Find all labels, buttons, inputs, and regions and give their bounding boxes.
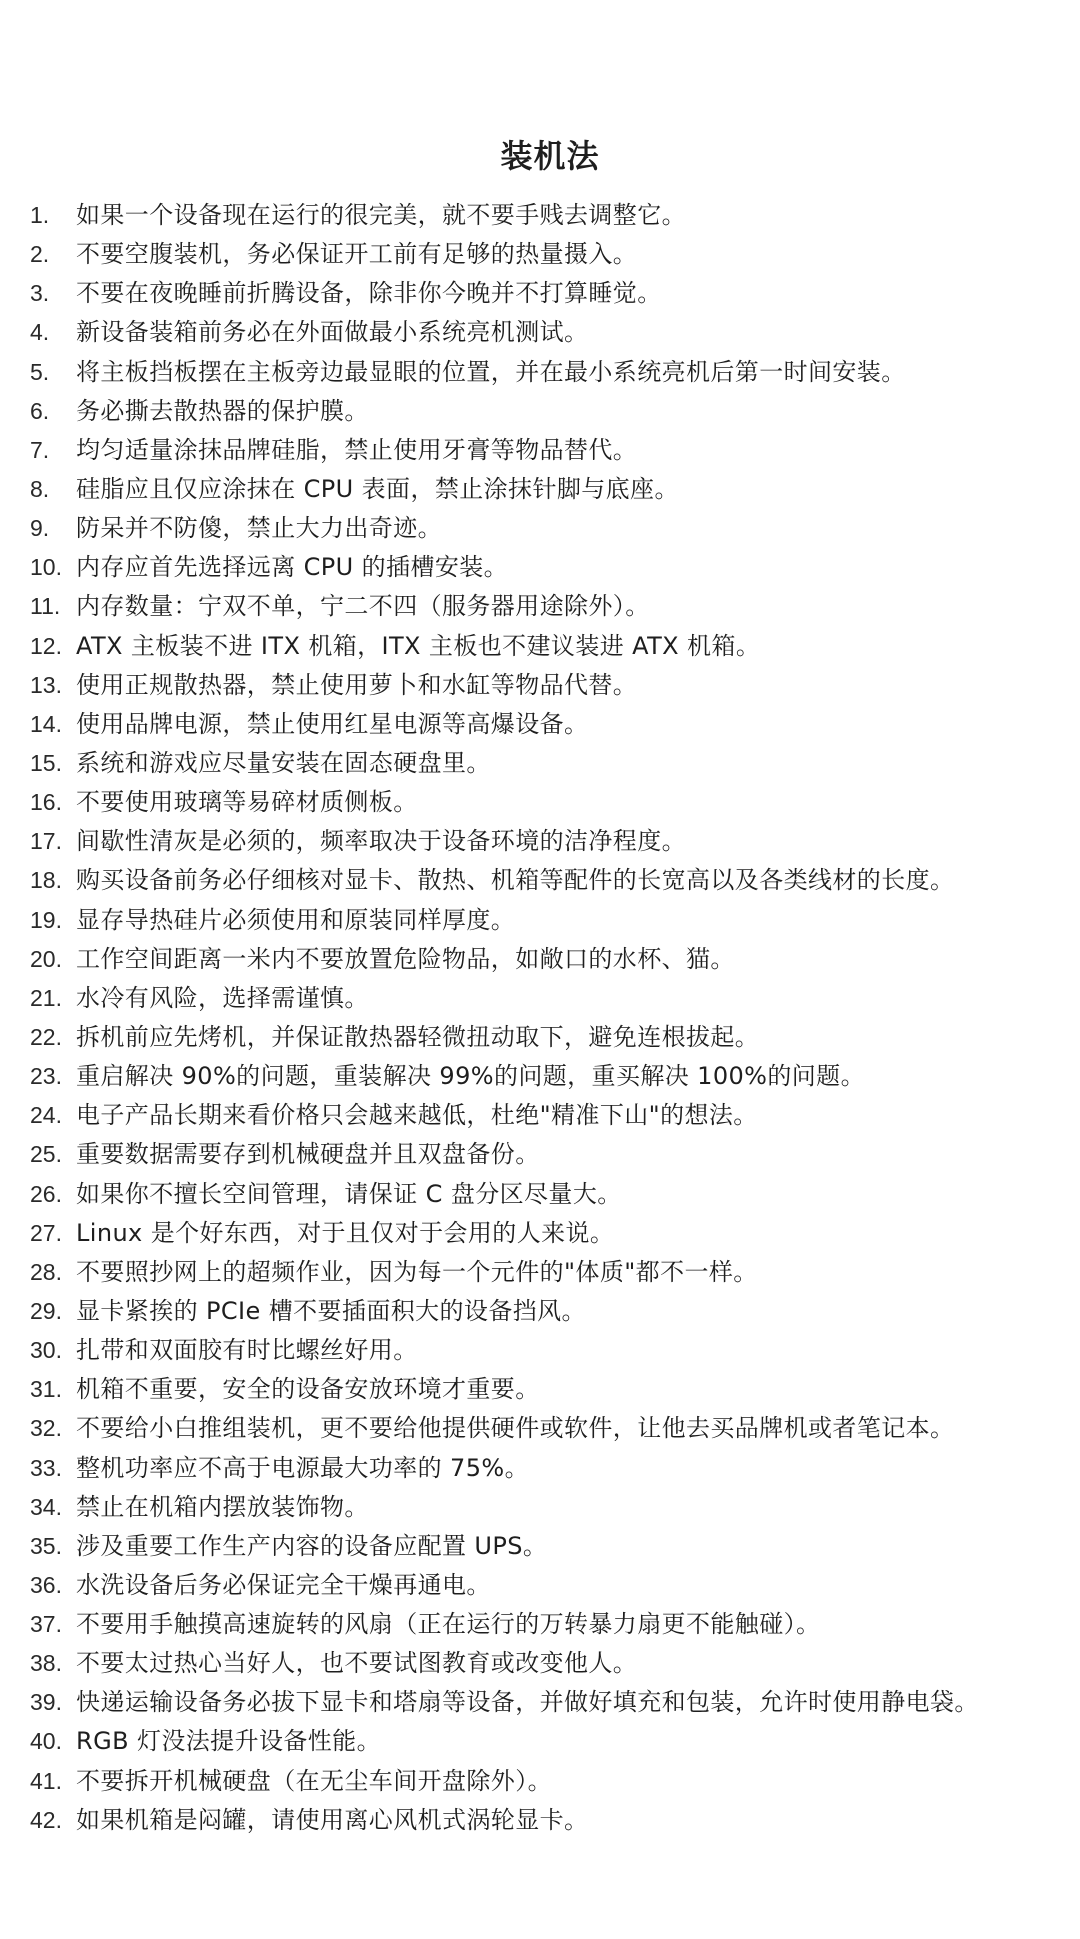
rule-text: 防呆并不防傻，禁止大力出奇迹。: [76, 509, 442, 548]
rules-list: 1.如果一个设备现在运行的很完美，就不要手贱去调整它。 2.不要空腹装机，务必保…: [0, 196, 1080, 1840]
rule-number: 38.: [30, 1644, 62, 1683]
rule-item: 22.拆机前应先烤机，并保证散热器轻微扭动取下，避免连根拔起。: [0, 1018, 1080, 1057]
rule-number: 42.: [30, 1801, 62, 1840]
rule-text: 内存应首先选择远离 CPU 的插槽安装。: [76, 548, 508, 587]
rule-item: 27.Linux 是个好东西，对于且仅对于会用的人来说。: [0, 1214, 1080, 1253]
rule-item: 31.机箱不重要，安全的设备安放环境才重要。: [0, 1370, 1080, 1409]
rule-item: 25.重要数据需要存到机械硬盘并且双盘备份。: [0, 1135, 1080, 1174]
rule-text: 不要拆开机械硬盘（在无尘车间开盘除外）。: [76, 1762, 552, 1801]
document-title: 装机法: [0, 136, 1080, 176]
rule-text: 不要太过热心当好人，也不要试图教育或改变他人。: [76, 1644, 637, 1683]
rule-text: 新设备装箱前务必在外面做最小系统亮机测试。: [76, 313, 588, 352]
rule-number: 32.: [30, 1409, 62, 1448]
rule-text: 如果一个设备现在运行的很完美，就不要手贱去调整它。: [76, 196, 686, 235]
rule-item: 16.不要使用玻璃等易碎材质侧板。: [0, 783, 1080, 822]
rule-number: 25.: [30, 1135, 62, 1174]
rule-item: 3.不要在夜晚睡前折腾设备，除非你今晚并不打算睡觉。: [0, 274, 1080, 313]
rule-text: 禁止在机箱内摆放装饰物。: [76, 1488, 369, 1527]
rule-number: 18.: [30, 861, 62, 900]
rule-number: 36.: [30, 1566, 62, 1605]
rule-number: 35.: [30, 1527, 62, 1566]
rule-item: 14.使用品牌电源，禁止使用红星电源等高爆设备。: [0, 705, 1080, 744]
rule-number: 27.: [30, 1214, 62, 1253]
rule-number: 8.: [30, 470, 49, 509]
rule-item: 15.系统和游戏应尽量安装在固态硬盘里。: [0, 744, 1080, 783]
rule-number: 39.: [30, 1683, 62, 1722]
rule-text: 如果你不擅长空间管理，请保证 C 盘分区尽量大。: [76, 1175, 622, 1214]
rule-text: 不要使用玻璃等易碎材质侧板。: [76, 783, 418, 822]
rule-number: 4.: [30, 313, 49, 352]
rule-text: 重要数据需要存到机械硬盘并且双盘备份。: [76, 1135, 540, 1174]
rule-text: 工作空间距离一米内不要放置危险物品，如敞口的水杯、猫。: [76, 940, 735, 979]
rule-text: 显卡紧挨的 PCIe 槽不要插面积大的设备挡风。: [76, 1292, 586, 1331]
rule-item: 11.内存数量：宁双不单，宁二不四（服务器用途除外）。: [0, 587, 1080, 626]
rule-item: 13.使用正规散热器，禁止使用萝卜和水缸等物品代替。: [0, 666, 1080, 705]
rule-text: 不要用手触摸高速旋转的风扇（正在运行的万转暴力扇更不能触碰）。: [76, 1605, 820, 1644]
rule-item: 23.重启解决 90%的问题，重装解决 99%的问题，重买解决 100%的问题。: [0, 1057, 1080, 1096]
rule-number: 21.: [30, 979, 62, 1018]
rule-text: 务必撕去散热器的保护膜。: [76, 392, 369, 431]
rule-text: Linux 是个好东西，对于且仅对于会用的人来说。: [76, 1214, 614, 1253]
rule-number: 9.: [30, 509, 49, 548]
rule-item: 35.涉及重要工作生产内容的设备应配置 UPS。: [0, 1527, 1080, 1566]
rule-text: 水洗设备后务必保证完全干燥再通电。: [76, 1566, 491, 1605]
rule-text: 使用正规散热器，禁止使用萝卜和水缸等物品代替。: [76, 666, 637, 705]
rule-text: 整机功率应不高于电源最大功率的 75%。: [76, 1449, 529, 1488]
rule-text: 使用品牌电源，禁止使用红星电源等高爆设备。: [76, 705, 588, 744]
rule-number: 26.: [30, 1175, 62, 1214]
rule-item: 6.务必撕去散热器的保护膜。: [0, 392, 1080, 431]
rule-item: 8.硅脂应且仅应涂抹在 CPU 表面，禁止涂抹针脚与底座。: [0, 470, 1080, 509]
rule-text: ATX 主板装不进 ITX 机箱，ITX 主板也不建议装进 ATX 机箱。: [76, 627, 760, 666]
rule-item: 30.扎带和双面胶有时比螺丝好用。: [0, 1331, 1080, 1370]
rule-number: 1.: [30, 196, 49, 235]
rule-number: 6.: [30, 392, 49, 431]
rule-number: 31.: [30, 1370, 62, 1409]
rule-item: 41.不要拆开机械硬盘（在无尘车间开盘除外）。: [0, 1762, 1080, 1801]
rule-number: 11.: [30, 587, 60, 626]
rule-number: 33.: [30, 1449, 62, 1488]
rule-text: 涉及重要工作生产内容的设备应配置 UPS。: [76, 1527, 547, 1566]
rule-text: 快递运输设备务必拔下显卡和塔扇等设备，并做好填充和包装，允许时使用静电袋。: [76, 1683, 979, 1722]
rule-item: 34.禁止在机箱内摆放装饰物。: [0, 1488, 1080, 1527]
rule-text: 水冷有风险，选择需谨慎。: [76, 979, 369, 1018]
rule-number: 16.: [30, 783, 62, 822]
rule-number: 23.: [30, 1057, 62, 1096]
rule-number: 19.: [30, 901, 62, 940]
rule-number: 13.: [30, 666, 62, 705]
rule-number: 40.: [30, 1722, 62, 1761]
rule-text: 购买设备前务必仔细核对显卡、散热、机箱等配件的长宽高以及各类线材的长度。: [76, 861, 954, 900]
rule-text: 不要空腹装机，务必保证开工前有足够的热量摄入。: [76, 235, 637, 274]
rule-text: 均匀适量涂抹品牌硅脂，禁止使用牙膏等物品替代。: [76, 431, 637, 470]
rule-number: 22.: [30, 1018, 62, 1057]
rule-item: 17.间歇性清灰是必须的，频率取决于设备环境的洁净程度。: [0, 822, 1080, 861]
rule-item: 10.内存应首先选择远离 CPU 的插槽安装。: [0, 548, 1080, 587]
rule-text: 如果机箱是闷罐，请使用离心风机式涡轮显卡。: [76, 1801, 588, 1840]
rule-text: 机箱不重要，安全的设备安放环境才重要。: [76, 1370, 540, 1409]
rule-item: 29.显卡紧挨的 PCIe 槽不要插面积大的设备挡风。: [0, 1292, 1080, 1331]
rule-item: 18.购买设备前务必仔细核对显卡、散热、机箱等配件的长宽高以及各类线材的长度。: [0, 861, 1080, 900]
rule-number: 15.: [30, 744, 62, 783]
rule-text: 不要在夜晚睡前折腾设备，除非你今晚并不打算睡觉。: [76, 274, 662, 313]
rule-number: 3.: [30, 274, 49, 313]
rule-item: 37.不要用手触摸高速旋转的风扇（正在运行的万转暴力扇更不能触碰）。: [0, 1605, 1080, 1644]
rule-item: 38.不要太过热心当好人，也不要试图教育或改变他人。: [0, 1644, 1080, 1683]
rule-number: 17.: [30, 822, 62, 861]
rule-number: 12.: [30, 627, 62, 666]
rule-item: 36.水洗设备后务必保证完全干燥再通电。: [0, 1566, 1080, 1605]
rule-item: 24.电子产品长期来看价格只会越来越低，杜绝"精准下山"的想法。: [0, 1096, 1080, 1135]
rule-number: 20.: [30, 940, 62, 979]
rule-text: 扎带和双面胶有时比螺丝好用。: [76, 1331, 418, 1370]
rule-item: 28.不要照抄网上的超频作业，因为每一个元件的"体质"都不一样。: [0, 1253, 1080, 1292]
rule-text: 内存数量：宁双不单，宁二不四（服务器用途除外）。: [76, 587, 650, 626]
rule-item: 19.显存导热硅片必须使用和原装同样厚度。: [0, 901, 1080, 940]
rule-number: 7.: [30, 431, 49, 470]
rule-text: 间歇性清灰是必须的，频率取决于设备环境的洁净程度。: [76, 822, 686, 861]
rule-item: 42.如果机箱是闷罐，请使用离心风机式涡轮显卡。: [0, 1801, 1080, 1840]
rule-item: 2.不要空腹装机，务必保证开工前有足够的热量摄入。: [0, 235, 1080, 274]
rule-text: 不要照抄网上的超频作业，因为每一个元件的"体质"都不一样。: [76, 1253, 758, 1292]
rule-item: 20.工作空间距离一米内不要放置危险物品，如敞口的水杯、猫。: [0, 940, 1080, 979]
rule-item: 21.水冷有风险，选择需谨慎。: [0, 979, 1080, 1018]
rule-number: 29.: [30, 1292, 62, 1331]
rule-text: 将主板挡板摆在主板旁边最显眼的位置，并在最小系统亮机后第一时间安装。: [76, 353, 906, 392]
rule-number: 2.: [30, 235, 49, 274]
rule-text: 显存导热硅片必须使用和原装同样厚度。: [76, 901, 515, 940]
rule-number: 34.: [30, 1488, 62, 1527]
rule-item: 4.新设备装箱前务必在外面做最小系统亮机测试。: [0, 313, 1080, 352]
rule-item: 1.如果一个设备现在运行的很完美，就不要手贱去调整它。: [0, 196, 1080, 235]
rule-item: 5.将主板挡板摆在主板旁边最显眼的位置，并在最小系统亮机后第一时间安装。: [0, 353, 1080, 392]
rule-text: 电子产品长期来看价格只会越来越低，杜绝"精准下山"的想法。: [76, 1096, 758, 1135]
rule-number: 30.: [30, 1331, 62, 1370]
rule-number: 24.: [30, 1096, 62, 1135]
rule-text: 硅脂应且仅应涂抹在 CPU 表面，禁止涂抹针脚与底座。: [76, 470, 679, 509]
rule-item: 40.RGB 灯没法提升设备性能。: [0, 1722, 1080, 1761]
rule-item: 9.防呆并不防傻，禁止大力出奇迹。: [0, 509, 1080, 548]
rule-number: 5.: [30, 353, 49, 392]
rule-item: 7.均匀适量涂抹品牌硅脂，禁止使用牙膏等物品替代。: [0, 431, 1080, 470]
rule-text: 系统和游戏应尽量安装在固态硬盘里。: [76, 744, 491, 783]
rule-text: 重启解决 90%的问题，重装解决 99%的问题，重买解决 100%的问题。: [76, 1057, 865, 1096]
rule-text: 不要给小白推组装机，更不要给他提供硬件或软件，让他去买品牌机或者笔记本。: [76, 1409, 954, 1448]
rule-number: 41.: [30, 1762, 62, 1801]
rule-item: 32.不要给小白推组装机，更不要给他提供硬件或软件，让他去买品牌机或者笔记本。: [0, 1409, 1080, 1448]
rule-item: 26.如果你不擅长空间管理，请保证 C 盘分区尽量大。: [0, 1175, 1080, 1214]
rule-number: 10.: [30, 548, 62, 587]
rule-item: 12.ATX 主板装不进 ITX 机箱，ITX 主板也不建议装进 ATX 机箱。: [0, 627, 1080, 666]
rule-number: 28.: [30, 1253, 62, 1292]
rule-item: 33.整机功率应不高于电源最大功率的 75%。: [0, 1449, 1080, 1488]
rule-text: 拆机前应先烤机，并保证散热器轻微扭动取下，避免连根拔起。: [76, 1018, 759, 1057]
rule-number: 14.: [30, 705, 62, 744]
rule-item: 39.快递运输设备务必拔下显卡和塔扇等设备，并做好填充和包装，允许时使用静电袋。: [0, 1683, 1080, 1722]
rule-text: RGB 灯没法提升设备性能。: [76, 1722, 381, 1761]
rule-number: 37.: [30, 1605, 62, 1644]
